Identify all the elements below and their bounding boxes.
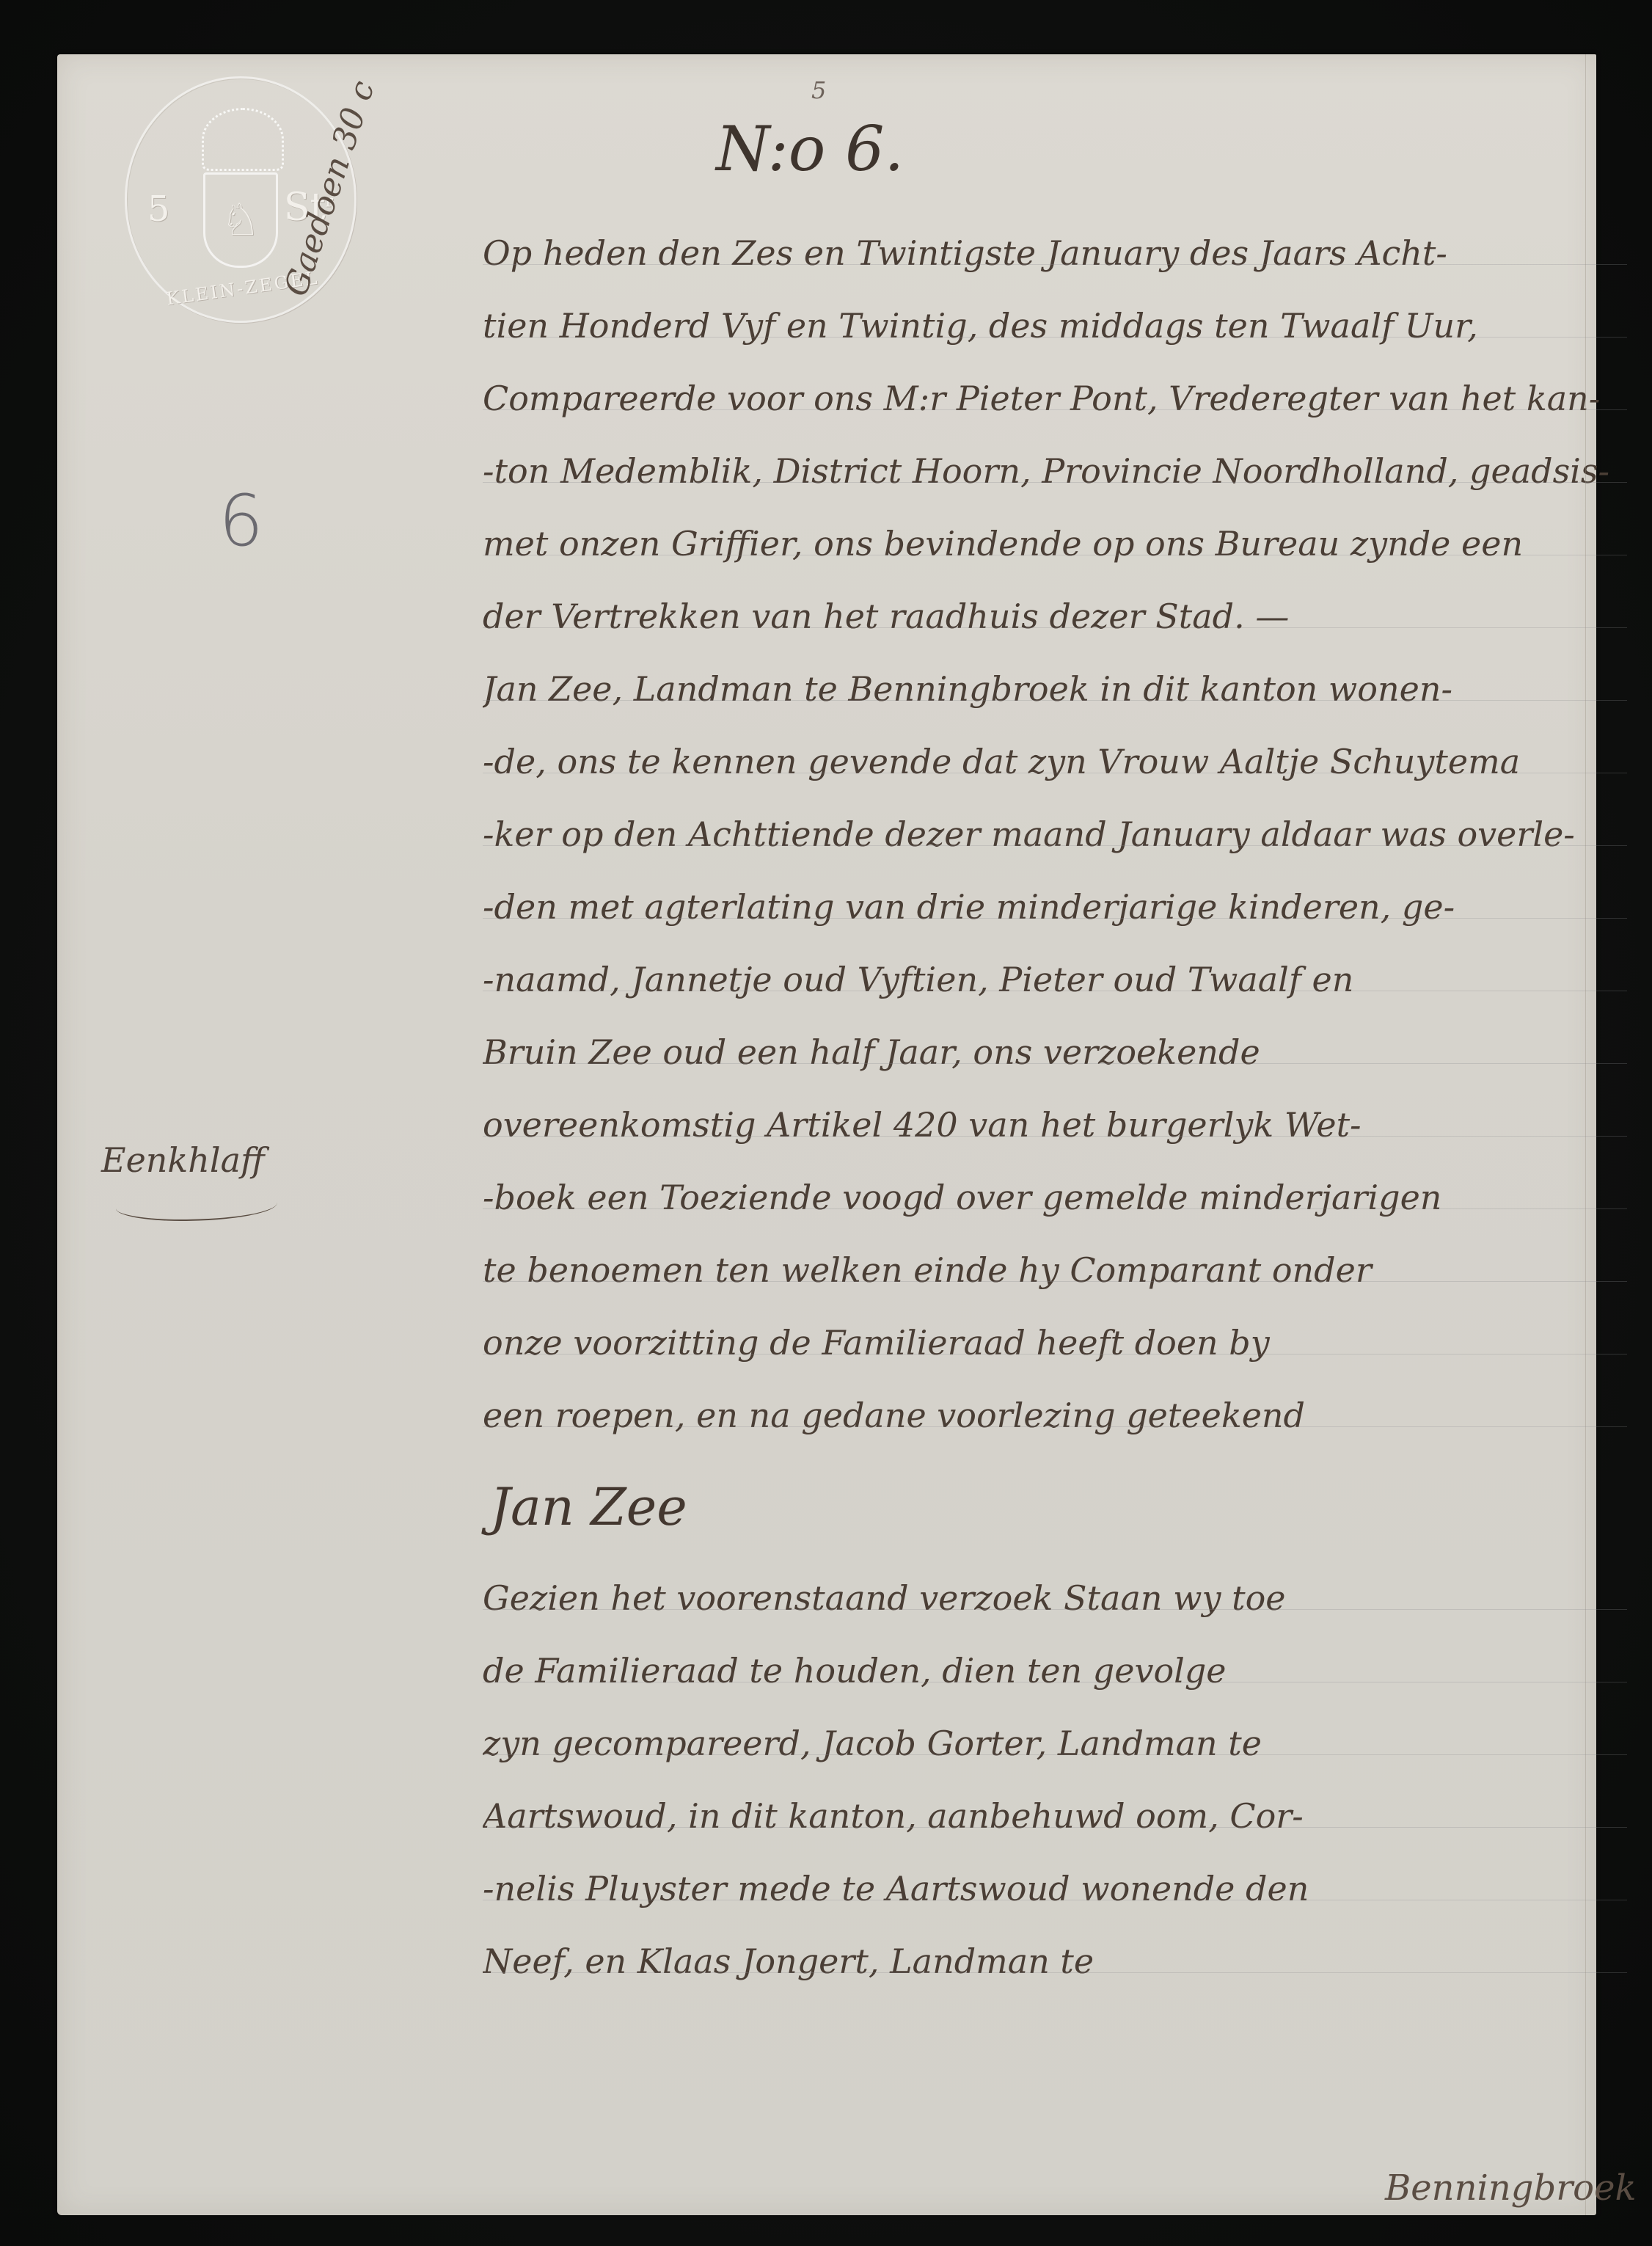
text-line: -de, ons te kennen gevende dat zyn Vrouw… (483, 726, 1627, 798)
page-mark: 5 (811, 76, 826, 104)
lion-shield-icon: ♘ (203, 172, 278, 268)
text-line: Aartswoud, in dit kanton, aanbehuwd oom,… (483, 1780, 1627, 1853)
text-line: Gezien het voorenstaand verzoek Staan wy… (483, 1562, 1627, 1635)
crown-icon (202, 108, 284, 171)
text-line: der Vertrekken van het raadhuis dezer St… (483, 580, 1627, 653)
text-line: -naamd, Jannetje oud Vyftien, Pieter oud… (483, 944, 1627, 1016)
text-line: Neef, en Klaas Jongert, Landman te (483, 1925, 1627, 1998)
text-line: -boek een Toeziende voogd over gemelde m… (483, 1162, 1627, 1234)
text-line: -nelis Pluyster mede te Aartswoud wonend… (483, 1853, 1627, 1925)
stamp-value: 5 (147, 189, 170, 230)
text-line: overeenkomstig Artikel 420 van het burge… (483, 1089, 1627, 1162)
text-line: de Familieraad te houden, dien ten gevol… (483, 1635, 1627, 1707)
text-line: tien Honderd Vyf en Twintig, des middags… (483, 290, 1627, 362)
margin-pencil-number: 6 (219, 480, 263, 562)
text-line: een roepen, en na gedane voorlezing gete… (483, 1379, 1627, 1452)
text-line: zyn gecompareerd, Jacob Gorter, Landman … (483, 1707, 1627, 1780)
text-line: -ker op den Achttiende dezer maand Janua… (483, 798, 1627, 871)
text-line: Jan Zee, Landman te Benningbroek in dit … (483, 653, 1627, 726)
text-line: Op heden den Zes en Twintigste January d… (483, 217, 1627, 290)
text-line: -den met agterlating van drie minderjari… (483, 871, 1627, 944)
document-body: Op heden den Zes en Twintigste January d… (483, 217, 1627, 1998)
margin-signature: Eenkhlaff (101, 1140, 265, 1180)
text-line: met onzen Griffier, ons bevindende op on… (483, 508, 1627, 580)
text-line: onze voorzitting de Familieraad heeft do… (483, 1307, 1627, 1379)
document-number: N:o 6. (716, 113, 904, 185)
document-page: ♘ 5 Str KLEIN-ZEGEL 5 N:o 6. Gaedoen 30 … (57, 54, 1596, 2215)
text-line: Bruin Zee oud een half Jaar, ons verzoek… (483, 1016, 1627, 1089)
catchword: Benningbroek (1385, 2167, 1637, 2209)
text-line: te benoemen ten welken einde hy Comparan… (483, 1234, 1627, 1307)
text-line: Compareerde voor ons M:r Pieter Pont, Vr… (483, 362, 1627, 435)
signature-jan-zee: Jan Zee (483, 1452, 1627, 1562)
text-line: -ton Medemblik, District Hoorn, Provinci… (483, 435, 1627, 508)
